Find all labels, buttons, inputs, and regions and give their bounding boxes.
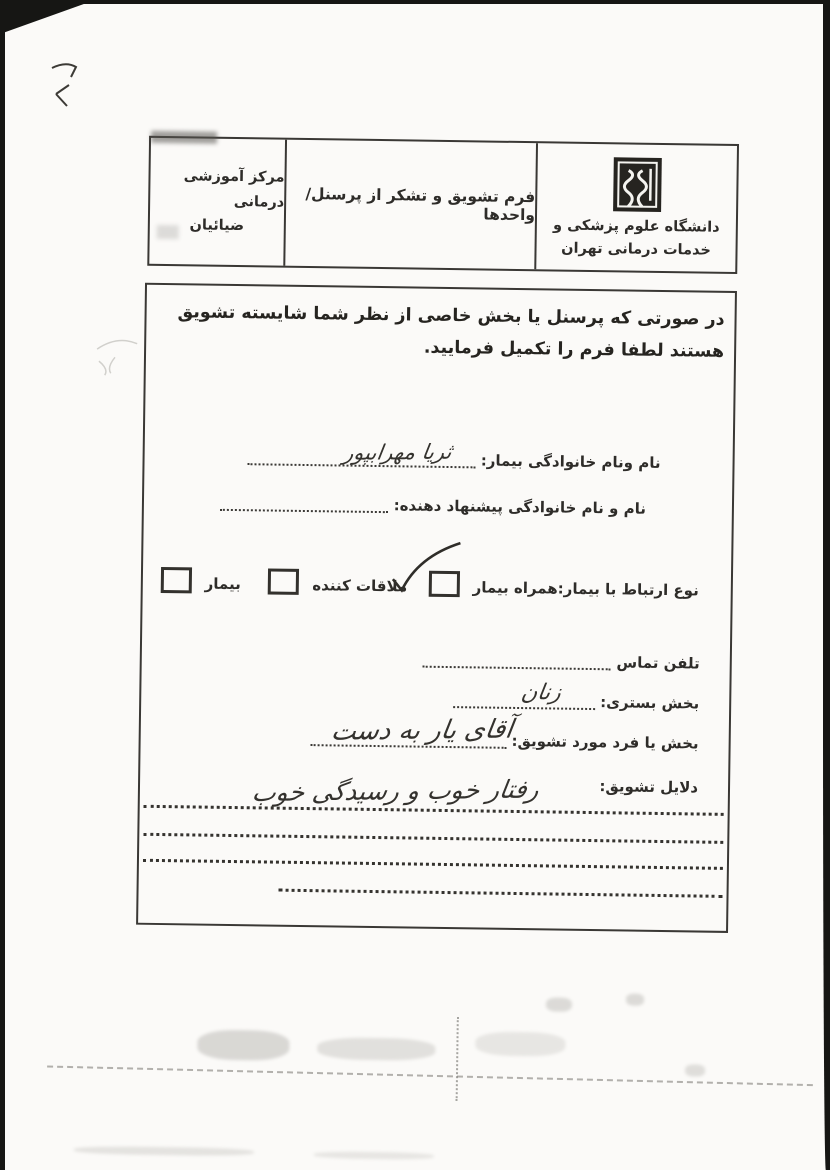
scan-artifact: [314, 1151, 434, 1160]
university-name-line1: دانشگاه علوم پزشکی و: [553, 214, 720, 239]
ink-smudge: [151, 131, 217, 144]
header-cell-title: فرم تشویق و تشکر از پرسنل/واحدها: [283, 140, 536, 269]
patient-name-label: نام ونام خانوادگی بیمار:: [481, 451, 661, 472]
reasons-label: دلایل تشویق:: [599, 777, 698, 796]
reasons-line-4: [279, 889, 723, 898]
center-name-line1: مرکز آموزشی درمانی: [150, 164, 285, 215]
form-body: در صورتی که پرسنل یا بخش خاصی از نظر شما…: [136, 283, 737, 933]
scan-artifact: [456, 1017, 459, 1101]
phone-label: تلفن تماس: [616, 653, 700, 672]
field-person: بخش یا فرد مورد تشویق: آقای یار به دست: [310, 729, 699, 752]
scan-artifact: [546, 997, 572, 1011]
phone-input-line: [423, 654, 611, 671]
field-relation: نوع ارتباط با بیمار:همراه بیمار ملاقات ک…: [160, 567, 699, 601]
ward-label: بخش بستری:: [600, 693, 699, 712]
person-value: آقای یار به دست: [329, 715, 515, 747]
form-title: فرم تشویق و تشکر از پرسنل/واحدها: [286, 185, 535, 224]
reasons-line-2: [143, 833, 723, 844]
scan-artifact: [685, 1064, 705, 1076]
patient-name-input-line: ثریا مهرابپور: [247, 451, 475, 468]
center-name-line2: ضیائیان: [189, 214, 244, 239]
relation-label: نوع ارتباط با بیمار:: [558, 580, 699, 600]
ink-smudge: [157, 225, 179, 239]
ward-value: زنان: [520, 680, 563, 705]
field-phone: تلفن تماس: [423, 651, 700, 673]
university-name-line2: خدمات درمانی تهران: [561, 237, 711, 262]
scan-artifact: [197, 1030, 289, 1061]
ward-input-line: زنان: [453, 694, 595, 710]
scan-artifact: [317, 1037, 435, 1061]
instruction-text: در صورتی که پرسنل یا بخش خاصی از نظر شما…: [156, 297, 725, 368]
person-label: بخش یا فرد مورد تشویق:: [511, 732, 698, 753]
university-emblem-icon: [614, 158, 661, 211]
checkmark-icon: [384, 535, 463, 598]
relation-option-visitor-checkbox: [268, 568, 299, 594]
field-ward: بخش بستری: زنان: [453, 691, 699, 712]
document-sheet: دانشگاه علوم پزشکی و خدمات درمانی تهران …: [0, 0, 830, 1170]
field-patient-name: نام ونام خانوادگی بیمار: ثریا مهرابپور: [247, 448, 660, 472]
field-suggester-name: نام و نام خانوادگی پیشنهاد دهنده:: [220, 494, 646, 518]
relation-option-companion-checkbox: [428, 571, 459, 597]
scan-artifact: [626, 994, 644, 1006]
relation-option-patient-label: بیمار: [205, 575, 241, 594]
scan-artifact: [74, 1146, 254, 1157]
header-cell-center: مرکز آموزشی درمانی ضیائیان: [149, 138, 285, 266]
suggester-name-label: نام و نام خانوادگی پیشنهاد دهنده:: [394, 496, 647, 518]
person-input-line: آقای یار به دست: [310, 732, 506, 749]
reasons-value: رفتار خوب و رسیدگی خوب: [250, 775, 541, 807]
patient-name-value: ثریا مهرابپور: [342, 440, 454, 465]
header-cell-university: دانشگاه علوم پزشکی و خدمات درمانی تهران: [534, 143, 737, 272]
relation-option-patient-checkbox: [160, 567, 191, 593]
suggester-name-input-line: [220, 497, 388, 513]
reasons-line-3: [143, 859, 723, 870]
reasons-line-1: [144, 805, 724, 816]
form-header: دانشگاه علوم پزشکی و خدمات درمانی تهران …: [147, 136, 739, 274]
scan-artifact: [475, 1031, 565, 1056]
scanned-form-page: { "colors": { "paper": "#fbfaf8", "ink":…: [0, 0, 830, 1170]
relation-option-companion-label: همراه بیمار: [473, 578, 558, 597]
